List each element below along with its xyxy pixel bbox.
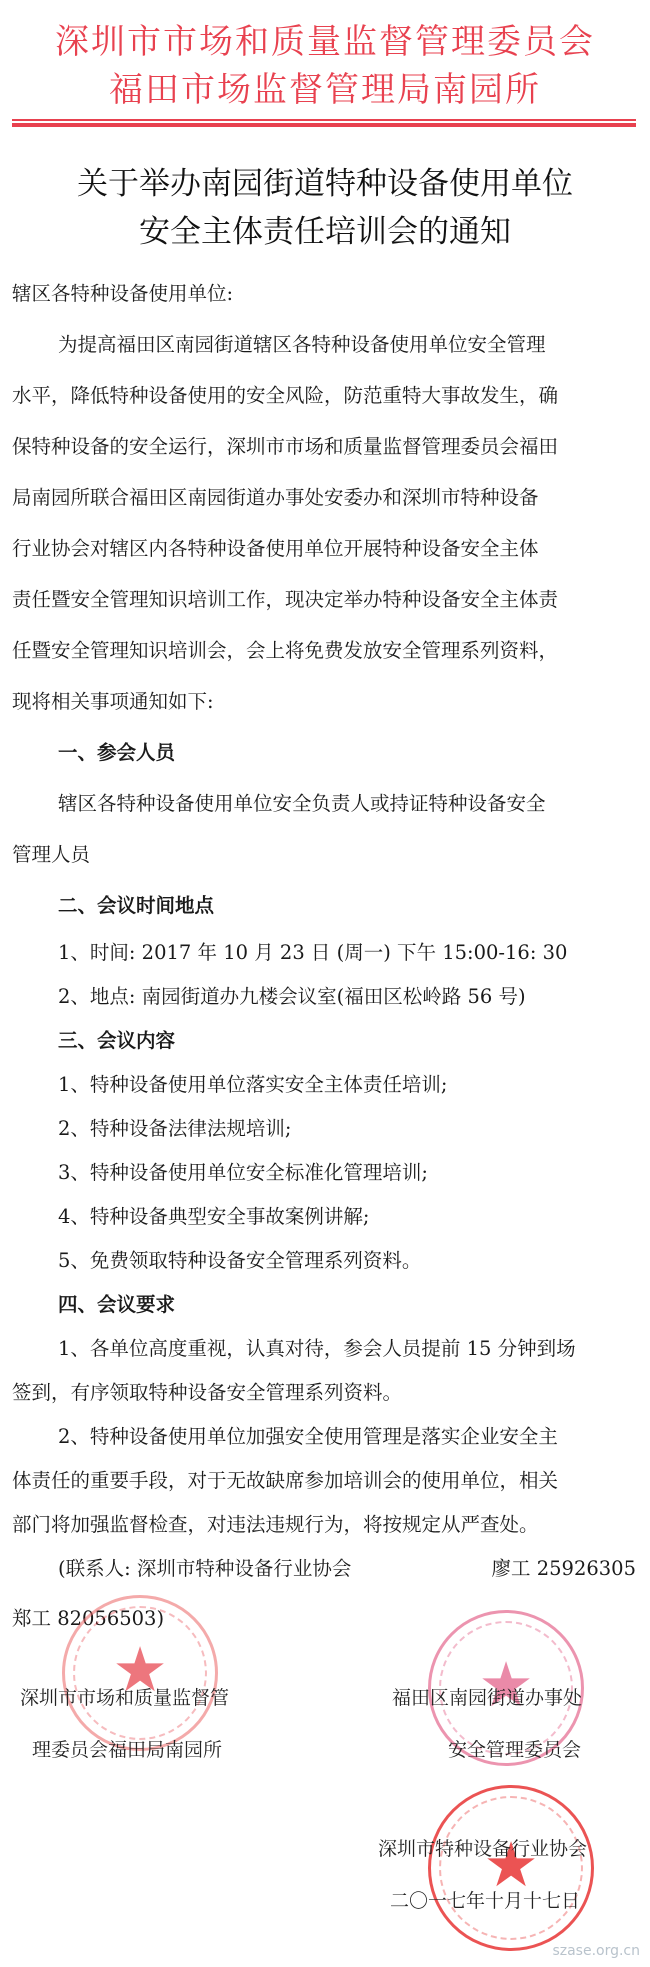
document-title-line-1: 关于举办南园街道特种设备使用单位 [0,160,650,208]
salutation: 辖区各特种设备使用单位: [12,268,636,319]
requirement-line: 2、特种设备使用单位加强安全使用管理是落实企业安全主 [12,1415,636,1459]
section-heading-time-place: 二、会议时间地点 [12,880,636,931]
masthead-rule-thick [12,123,636,127]
content-item: 5、免费领取特种设备安全管理系列资料。 [12,1239,636,1283]
attendees-line: 辖区各特种设备使用单位安全负责人或持证特种设备安全 [12,778,636,829]
intro-line: 为提高福田区南园街道辖区各特种设备使用单位安全管理 [12,319,636,370]
masthead-line-2: 福田市场监督管理局南园所 [0,66,650,114]
content-item: 2、特种设备法律法规培训; [12,1107,636,1151]
intro-line: 局南园所联合福田区南园街道办事处安委办和深圳市特种设备 [12,472,636,523]
signature-line: 安全管理委员会 [392,1724,582,1776]
signature-nanyuan-safety-committee: 福田区南园街道办事处 安全管理委员会 [392,1672,582,1776]
content-item: 1、特种设备使用单位落实安全主体责任培训; [12,1063,636,1107]
content-item: 3、特种设备使用单位安全标准化管理培训; [12,1151,636,1195]
requirement-line: 体责任的重要手段，对于无故缺席参加培训会的使用单位，相关 [12,1459,636,1503]
intro-line: 行业协会对辖区内各特种设备使用单位开展特种设备安全主体 [12,523,636,574]
intro-line: 现将相关事项通知如下: [12,676,636,727]
intro-line: 任暨安全管理知识培训会，会上将免费发放安全管理系列资料， [12,625,636,676]
section-heading-requirements: 四、会议要求 [12,1283,636,1327]
contact-liao: 廖工 25926305 [492,1547,636,1591]
requirement-line: 部门将加强监督检查，对违法违规行为，将按规定从严查处。 [12,1503,636,1547]
signature-line: 深圳市市场和质量监督管 [20,1672,229,1724]
signature-association-date: 深圳市特种设备行业协会 二〇一七年十月十七日 [378,1823,587,1927]
contact-organization: (联系人: 深圳市特种设备行业协会 [58,1557,351,1580]
contact-line-1: (联系人: 深圳市特种设备行业协会 廖工 25926305 [12,1547,636,1591]
meeting-place: 2、地点: 南园街道办九楼会议室(福田区松岭路 56 号) [12,975,636,1019]
masthead-rule-thin [12,119,636,121]
meeting-time: 1、时间: 2017 年 10 月 23 日 (周一) 下午 15:00-16:… [12,931,636,975]
signature-market-supervision: 深圳市市场和质量监督管 理委员会福田局南园所 [20,1672,229,1776]
masthead-line-1: 深圳市市场和质量监督管理委员会 [0,18,650,66]
watermark: szase.org.cn [552,1943,640,1959]
document-title-line-2: 安全主体责任培训会的通知 [0,208,650,256]
signature-line: 深圳市特种设备行业协会 [378,1823,587,1875]
content-item: 4、特种设备典型安全事故案例讲解; [12,1195,636,1239]
intro-line: 保特种设备的安全运行，深圳市市场和质量监督管理委员会福田 [12,421,636,472]
section-heading-content: 三、会议内容 [12,1019,636,1063]
requirement-line: 1、各单位高度重视，认真对待，参会人员提前 15 分钟到场 [12,1327,636,1371]
section-heading-attendees: 一、参会人员 [12,727,636,778]
requirement-line: 签到，有序领取特种设备安全管理系列资料。 [12,1371,636,1415]
document-title: 关于举办南园街道特种设备使用单位 安全主体责任培训会的通知 [0,160,650,256]
intro-line: 责任暨安全管理知识培训工作，现决定举办特种设备安全主体责 [12,574,636,625]
signature-line: 理委员会福田局南园所 [20,1724,229,1776]
attendees-line: 管理人员 [12,829,636,880]
document-body: 辖区各特种设备使用单位: 为提高福田区南园街道辖区各特种设备使用单位安全管理 水… [12,268,636,1647]
masthead: 深圳市市场和质量监督管理委员会 福田市场监督管理局南园所 [0,18,650,114]
intro-line: 水平，降低特种设备使用的安全风险，防范重特大事故发生，确 [12,370,636,421]
signature-line: 福田区南园街道办事处 [392,1672,582,1724]
issue-date: 二〇一七年十月十七日 [378,1875,587,1927]
